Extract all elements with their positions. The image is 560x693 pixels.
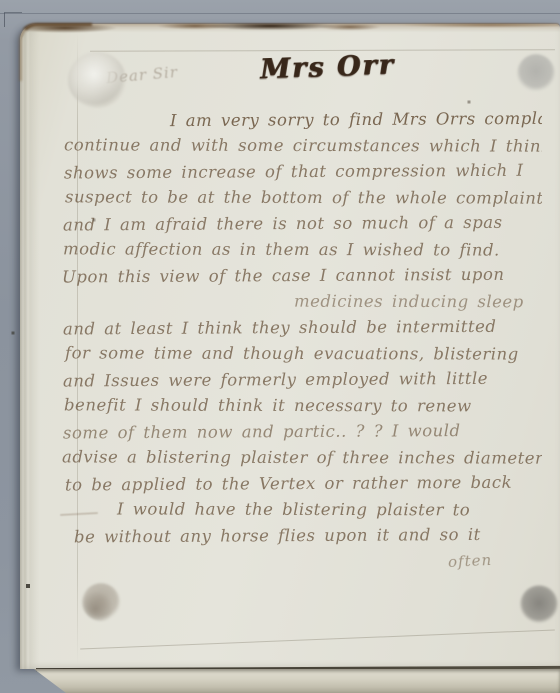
letter-line: shows some increase of that compression …	[64, 161, 542, 190]
glass-weight-bottom-right	[520, 585, 558, 623]
glass-weight-top-left	[68, 52, 126, 108]
scorched-top-edge	[20, 23, 560, 36]
letter-line: and Issues were formerly employed with l…	[63, 369, 542, 398]
letter-line: be without any horse flies upon it and s…	[74, 525, 542, 552]
letter-line: to be applied to the Vertex or rather mo…	[65, 473, 542, 502]
underlying-page-edges	[0, 669, 560, 693]
page-fore-edge	[20, 30, 42, 669]
letter-line: for some time and though evacuations, bl…	[65, 343, 542, 370]
letter-heading: Mrs Orr	[260, 50, 396, 86]
glass-weight-bottom-left	[82, 583, 120, 621]
letter-line: suspect to be at the bottom of the whole…	[65, 187, 542, 214]
paper-crease-bottom	[80, 629, 555, 649]
letter-line: and I am afraid there is not so much of …	[63, 213, 542, 242]
letter-line: some of them now and partic.. ? ? I woul…	[63, 421, 542, 450]
letter-line: I would have the blistering plaister to	[117, 499, 542, 526]
letter-line: Upon this view of the case I cannot insi…	[62, 265, 542, 294]
letter-line: medicines inducing sleep	[294, 292, 542, 319]
catchword: often	[448, 551, 493, 571]
backing-board-corner-mark	[4, 12, 22, 27]
letter-line: I am very sorry to find Mrs Orrs complai…	[170, 110, 542, 137]
paper-specks	[0, 0, 2, 2]
letter-line: continue and with some circumstances whi…	[64, 135, 542, 162]
photograph-background: Dear Sir Mrs Orr I am very sorry to find…	[0, 0, 560, 693]
background-edge-line	[0, 13, 560, 14]
letter-line: benefit I should think it necessary to r…	[64, 395, 542, 422]
letter-body: I am very sorry to find Mrs Orrs complai…	[62, 110, 542, 552]
letter-line: advise a blistering plaister of three in…	[62, 447, 542, 474]
letter-line: and at least I think they should be inte…	[63, 317, 542, 346]
glass-weight-top-right	[517, 54, 555, 92]
letter-line: modic affection as in them as I wished t…	[63, 239, 542, 266]
manuscript-page: Dear Sir Mrs Orr I am very sorry to find…	[20, 24, 560, 669]
